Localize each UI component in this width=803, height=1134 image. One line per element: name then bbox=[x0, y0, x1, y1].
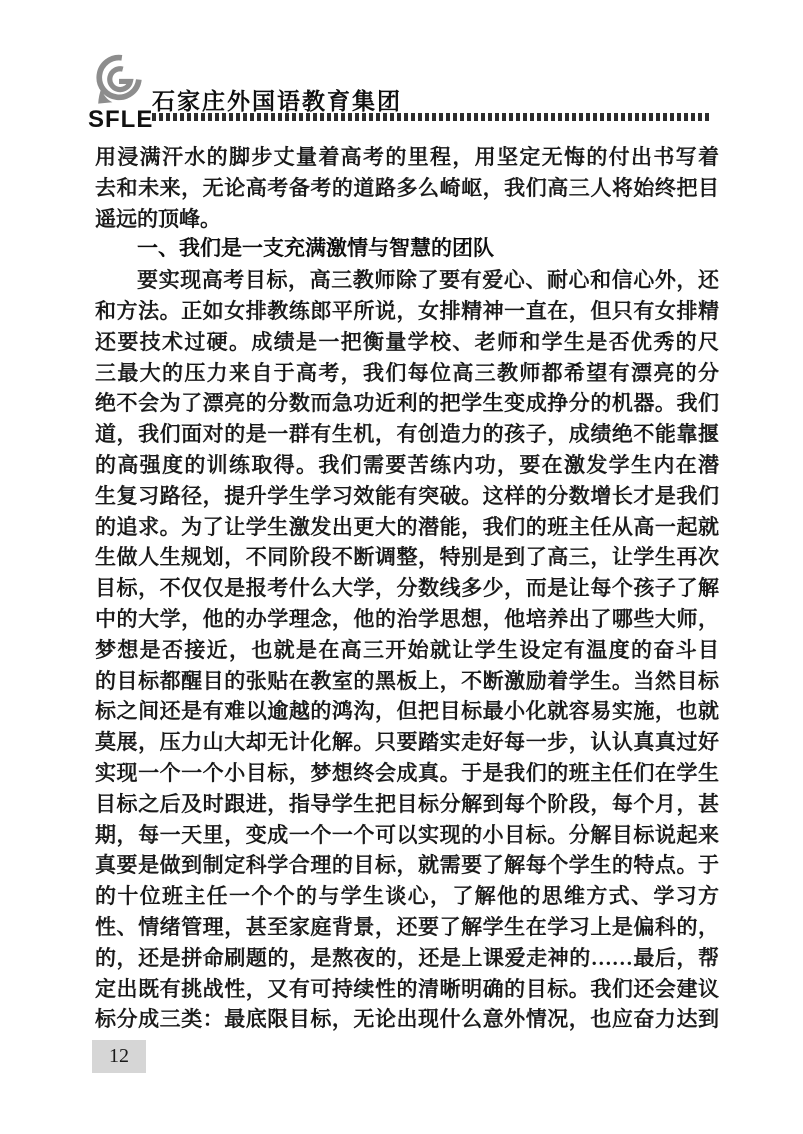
text-line: 要实现高考目标，高三教师除了要有爱心、耐心和信心外，还需要智慧 bbox=[95, 265, 719, 296]
text-line: 三最大的压力来自于高考，我们每位高三教师都希望有漂亮的分数，但我们 bbox=[95, 358, 719, 389]
page-number: 12 bbox=[92, 1040, 146, 1073]
text-line: 生做人生规划，不同阶段不断调整，特别是到了高三，让学生再次明确高考 bbox=[95, 542, 719, 573]
text-line: 性、情绪管理，甚至家庭背景，还要了解学生在学习上是偏科的，是做题慢 bbox=[95, 912, 719, 943]
text-line: 梦想是否接近，也就是在高三开始就让学生设定有温度的奋斗目标。每个人 bbox=[95, 635, 719, 666]
text-line: 的十位班主任一个个的与学生谈心，了解他的思维方式、学习方法、脾气秉 bbox=[95, 881, 719, 912]
text-line: 还要技术过硬。成绩是一把衡量学校、老师和学生是否优秀的尺子。眼下高 bbox=[95, 327, 719, 358]
text-line: 标之间还是有难以逾越的鸿沟，但把目标最小化就容易实施，也就不会一筹 bbox=[95, 696, 719, 727]
text-line: 用浸满汗水的脚步丈量着高考的里程，用坚定无悔的付出书写着 2014 级的过 bbox=[95, 142, 719, 173]
document-body: 用浸满汗水的脚步丈量着高考的里程，用坚定无悔的付出书写着 2014 级的过去和未… bbox=[95, 142, 719, 1035]
text-line: 期，每一天里，变成一个一个可以实现的小目标。分解目标说起来容易，但 bbox=[95, 820, 719, 851]
text-line: 莫展，压力山大却无计化解。只要踏实走好每一步，认认真真过好每一天， bbox=[95, 727, 719, 758]
text-line: 道，我们面对的是一群有生机，有创造力的孩子，成绩绝不能靠揠苗助长式 bbox=[95, 419, 719, 450]
text-line: 实现一个一个小目标，梦想终会成真。于是我们的班主任们在学生明确奋斗 bbox=[95, 758, 719, 789]
text-line: 中的大学，他的办学理念，他的治学思想，他培养出了哪些大师，跟自己的 bbox=[95, 604, 719, 635]
logo-acronym: SFLE bbox=[88, 107, 150, 133]
text-line: 的目标都醒目的张贴在教室的黑板上，不断激励着学生。当然目标与实现目 bbox=[95, 666, 719, 697]
text-line: 目标之后及时跟进，指导学生把目标分解到每个阶段，每个月，甚至每个星 bbox=[95, 789, 719, 820]
section-heading: 一、我们是一支充满激情与智慧的团队 bbox=[95, 234, 719, 265]
dashed-rule bbox=[152, 113, 712, 121]
text-line: 的高强度的训练取得。我们需要苦练内功，要在激发学生内在潜能，优化学 bbox=[95, 450, 719, 481]
text-line: 去和未来，无论高考备考的道路多么崎岖，我们高三人将始终把目光聚焦在 bbox=[95, 173, 719, 204]
text-line: 遥远的顶峰。 bbox=[95, 204, 719, 235]
document-page: SFLE 石家庄外国语教育集团 用浸满汗水的脚步丈量着高考的里程，用坚定无悔的付… bbox=[0, 0, 803, 1134]
text-line: 绝不会为了漂亮的分数而急功近利的把学生变成挣分的机器。我们清楚的知 bbox=[95, 388, 719, 419]
org-name: 石家庄外国语教育集团 bbox=[152, 83, 402, 116]
text-line: 目标，不仅仅是报考什么大学，分数线多少，而是让每个孩子了解自己理想 bbox=[95, 573, 719, 604]
logo: SFLE bbox=[88, 54, 150, 133]
sfle-spiral-g-logo-icon bbox=[95, 54, 143, 106]
text-line: 标分成三类：最底限目标，无论出现什么意外情况，也应奋力达到的目标； bbox=[95, 1004, 719, 1035]
text-line: 和方法。正如女排教练郎平所说，女排精神一直在，但只有女排精神不行， bbox=[95, 296, 719, 327]
text-line: 的追求。为了让学生激发出更大的潜能，我们的班主任从高一起就开始为学 bbox=[95, 512, 719, 543]
text-line: 定出既有挑战性，又有可持续性的清晰明确的目标。我们还会建议学生把目 bbox=[95, 974, 719, 1005]
text-line: 生复习路径，提升学生学习效能有突破。这样的分数增长才是我们坚定不移 bbox=[95, 481, 719, 512]
text-line: 的，还是拼命刷题的，是熬夜的，还是上课爱走神的……最后，帮助孩子制 bbox=[95, 943, 719, 974]
page-number-value: 12 bbox=[109, 1045, 129, 1067]
text-line: 真要是做到制定科学合理的目标，就需要了解每个学生的特点。于是，我们 bbox=[95, 850, 719, 881]
